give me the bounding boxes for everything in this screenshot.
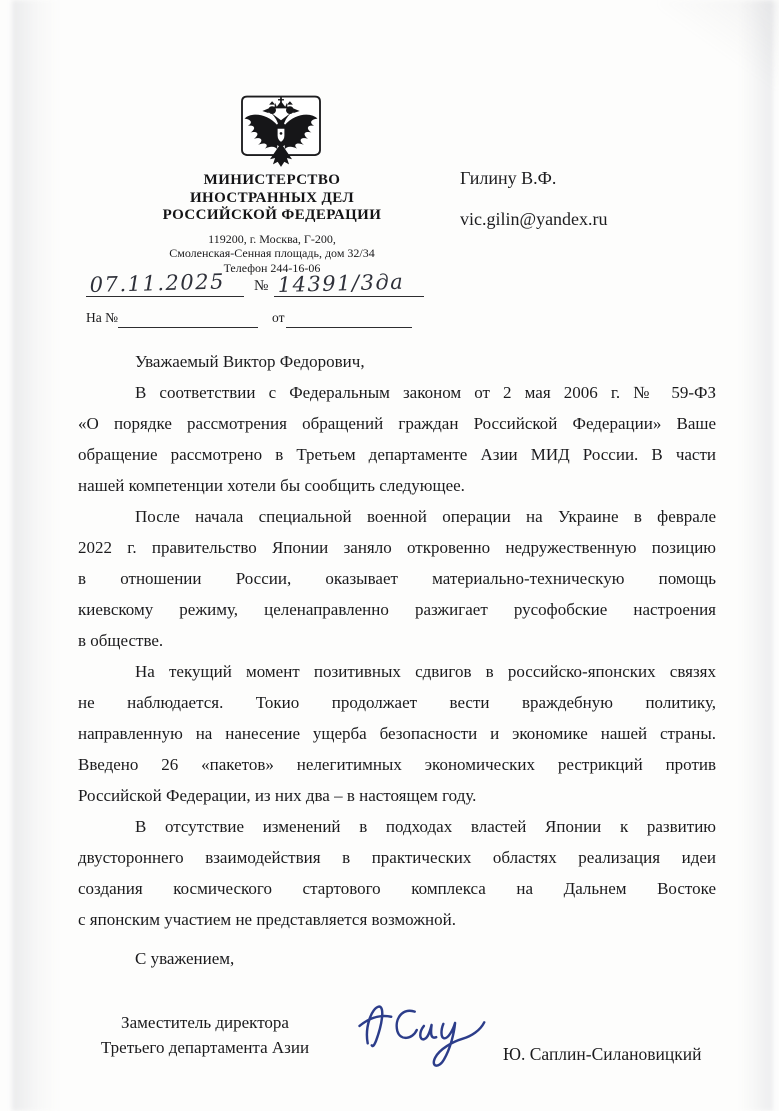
reference-row-reply: На №от [86,308,412,334]
signer-title: Заместитель директора Третьего департаме… [70,1010,340,1060]
signature-icon [350,982,506,1074]
address-line: 119200, г. Москва, Г-200, [102,232,442,247]
signer-name: Ю. Саплин-Силановицкий [503,1044,701,1065]
closing-phrase: С уважением, [78,943,716,974]
scanned-letter-page: МИНИСТЕРСТВО ИНОСТРАННЫХ ДЕЛ РОССИЙСКОЙ … [0,0,779,1111]
recipient-name: Гилину В.Ф. [460,168,608,189]
date-underline: 07.11.2025 [86,268,244,297]
address-line: Смоленская-Сенная площадь, дом 32/34 [102,246,442,261]
ministry-name-line: РОССИЙСКОЙ ФЕДЕРАЦИИ [102,207,442,225]
body-line: направленную на нанесение ущерба безопас… [78,718,716,749]
reference-row-outgoing: 07.11.2025 № 14391/3да [86,268,424,298]
ministry-name-line: ИНОСТРАННЫХ ДЕЛ [102,190,442,208]
signer-title-line: Заместитель директора [70,1010,340,1035]
body-line: Российской Федерации, из них два – в нас… [78,780,716,811]
body-line: в отношении России, оказывает материальн… [78,563,716,594]
body-line: 2022 г. правительство Японии заняло откр… [78,532,716,563]
reply-number-underline [118,309,258,328]
reply-to-label: На № [86,308,118,328]
handwritten-number: 14391/3да [278,270,405,297]
letter-body: Уважаемый Виктор Федорович, В соответств… [78,346,716,974]
letterhead-block: МИНИСТЕРСТВО ИНОСТРАННЫХ ДЕЛ РОССИЙСКОЙ … [102,172,442,275]
body-line: В отсутствие изменений в подходах власте… [78,811,716,842]
body-line: киевскому режиму, целенаправленно разжиг… [78,594,716,625]
signature-strokes [360,1007,485,1066]
ministry-name-line: МИНИСТЕРСТВО [102,172,442,190]
body-line: обращение рассмотрено в Третьем департам… [78,439,716,470]
body-line: с японским участием не представляется во… [78,904,716,935]
reply-date-underline [286,309,412,328]
body-paragraphs: В соответствии с Федеральным законом от … [78,377,716,935]
coat-of-arms-icon [238,94,324,172]
reply-from-label: от [272,308,284,328]
body-line: не наблюдается. Токио продолжает вести в… [78,687,716,718]
scan-streak-right [739,0,773,1111]
body-line: Введено 26 «пакетов» нелегитимных эконом… [78,749,716,780]
number-underline: 14391/3да [274,268,424,297]
scan-corner-shade [659,0,779,90]
salutation: Уважаемый Виктор Федорович, [78,346,716,377]
body-line: создания космического стартового комплек… [78,873,716,904]
handwritten-date: 07.11.2025 [89,269,225,297]
body-line: двустороннего взаимодействия в практичес… [78,842,716,873]
scan-streak-left [12,0,60,1111]
number-sign-label: № [254,275,268,297]
signer-title-line: Третьего департамента Азии [70,1035,340,1060]
body-line: нашей компетенции хотели бы сообщить сле… [78,470,716,501]
body-line: После начала специальной военной операци… [78,501,716,532]
body-line: в обществе. [78,625,716,656]
recipient-block: Гилину В.Ф. vic.gilin@yandex.ru [460,168,608,230]
body-line: На текущий момент позитивных сдвигов в р… [78,656,716,687]
body-line: В соответствии с Федеральным законом от … [78,377,716,408]
body-line: «О порядке рассмотрения обращений гражда… [78,408,716,439]
recipient-email: vic.gilin@yandex.ru [460,209,608,230]
